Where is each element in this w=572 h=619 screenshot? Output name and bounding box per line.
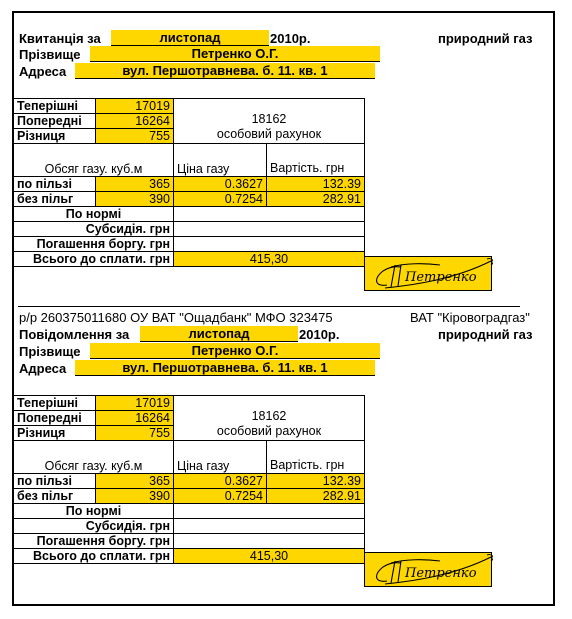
svg-text:Петренко: Петренко: [404, 566, 477, 581]
subsidy-label: Субсидія. грн: [14, 519, 174, 534]
section-divider: [18, 306, 520, 307]
account-label: особовий рахунок: [177, 424, 361, 439]
debt-label: Погашення боргу. грн: [14, 237, 174, 252]
company-name: ВАТ "Кіровоградгаз": [410, 310, 530, 325]
signature-box: Петренко: [364, 256, 492, 291]
table-row: без пільг 390 0.7254 282.91: [14, 192, 365, 207]
total-label: Всього до сплати. грн: [14, 549, 174, 564]
price-value: 0.7254: [174, 192, 267, 207]
signature-icon: Петренко: [365, 553, 493, 588]
volume-value[interactable]: 390: [96, 192, 174, 207]
table-row: без пільг 390 0.7254 282.91: [14, 489, 365, 504]
cost-value: 282.91: [267, 192, 365, 207]
table-row: Субсидія. грн: [14, 222, 365, 237]
address-field[interactable]: вул. Першотравнева. б. 11. кв. 1: [75, 63, 375, 79]
subsidy-value[interactable]: [174, 519, 365, 534]
price-value: 0.3627: [174, 177, 267, 192]
address-field[interactable]: вул. Першотравнева. б. 11. кв. 1: [75, 360, 375, 376]
table-row: Обсяг газу. куб.м Ціна газу Вартість. гр…: [14, 144, 365, 177]
table-row: Теперішні 17019 18162 особовий рахунок: [14, 99, 365, 114]
price-header: Ціна газу: [174, 144, 267, 177]
table-row: Субсидія. грн: [14, 519, 365, 534]
current-reading[interactable]: 17019: [96, 99, 174, 114]
row-label: по пільзі: [14, 474, 96, 489]
table-row: Обсяг газу. куб.м Ціна газу Вартість. гр…: [14, 441, 365, 474]
total-value: 415,30: [174, 252, 365, 267]
year-label: 2010р.: [270, 31, 310, 46]
address-label: Адреса: [19, 361, 66, 376]
norm-value[interactable]: [174, 207, 365, 222]
month-field[interactable]: листопад: [140, 326, 298, 342]
current-label: Теперішні: [14, 99, 96, 114]
debt-label: Погашення боргу. грн: [14, 534, 174, 549]
service-label: природний газ: [438, 327, 532, 342]
surname-field[interactable]: Петренко О.Г.: [90, 343, 380, 359]
account-label: особовий рахунок: [177, 127, 361, 142]
previous-label: Попередні: [14, 114, 96, 129]
debt-value[interactable]: [174, 534, 365, 549]
norm-value[interactable]: [174, 504, 365, 519]
volume-value[interactable]: 365: [96, 177, 174, 192]
subsidy-label: Субсидія. грн: [14, 222, 174, 237]
difference-value: 755: [96, 426, 174, 441]
table-row: по пільзі 365 0.3627 132.39: [14, 474, 365, 489]
difference-label: Різниця: [14, 129, 96, 144]
difference-value: 755: [96, 129, 174, 144]
difference-label: Різниця: [14, 426, 96, 441]
month-field[interactable]: листопад: [111, 30, 269, 46]
address-label: Адреса: [19, 64, 66, 79]
volume-header: Обсяг газу. куб.м: [14, 441, 174, 474]
row-label: без пільг: [14, 192, 96, 207]
total-label: Всього до сплати. грн: [14, 252, 174, 267]
current-label: Теперішні: [14, 396, 96, 411]
table-row: Всього до сплати. грн 415,30: [14, 549, 365, 564]
row-label: по пільзі: [14, 177, 96, 192]
year-label: 2010р.: [299, 327, 339, 342]
table-row: Теперішні 17019 18162 особовий рахунок: [14, 396, 365, 411]
account-cell: 18162 особовий рахунок: [174, 99, 365, 144]
notice-title: Повідомлення за: [19, 327, 129, 342]
table-row: По нормі: [14, 207, 365, 222]
price-header: Ціна газу: [174, 441, 267, 474]
svg-text:Петренко: Петренко: [404, 270, 477, 285]
signature-box: Петренко: [364, 552, 492, 587]
service-label: природний газ: [438, 31, 532, 46]
previous-reading[interactable]: 16264: [96, 114, 174, 129]
cost-header: Вартість. грн: [267, 441, 365, 474]
previous-label: Попередні: [14, 411, 96, 426]
subsidy-value[interactable]: [174, 222, 365, 237]
surname-label: Прізвище: [19, 344, 81, 359]
billing-table: Теперішні 17019 18162 особовий рахунок П…: [13, 395, 365, 564]
volume-value[interactable]: 365: [96, 474, 174, 489]
signature-icon: Петренко: [365, 257, 493, 292]
table-row: Всього до сплати. грн 415,30: [14, 252, 365, 267]
price-value: 0.3627: [174, 474, 267, 489]
table-row: По нормі: [14, 504, 365, 519]
account-cell: 18162 особовий рахунок: [174, 396, 365, 441]
volume-header: Обсяг газу. куб.м: [14, 144, 174, 177]
cost-value: 282.91: [267, 489, 365, 504]
price-value: 0.7254: [174, 489, 267, 504]
norm-label: По нормі: [14, 207, 174, 222]
current-reading[interactable]: 17019: [96, 396, 174, 411]
cost-value: 132.39: [267, 177, 365, 192]
debt-value[interactable]: [174, 237, 365, 252]
account-number: 18162: [177, 409, 361, 424]
table-row: Погашення боргу. грн: [14, 534, 365, 549]
billing-table: Теперішні 17019 18162 особовий рахунок П…: [13, 98, 365, 267]
receipt-title: Квитанція за: [19, 31, 101, 46]
surname-label: Прізвище: [19, 47, 81, 62]
cost-header: Вартість. грн: [267, 144, 365, 177]
total-value: 415,30: [174, 549, 365, 564]
row-label: без пільг: [14, 489, 96, 504]
table-row: по пільзі 365 0.3627 132.39: [14, 177, 365, 192]
table-row: Погашення боргу. грн: [14, 237, 365, 252]
bank-details: р/р 260375011680 ОУ ВАТ "Ощадбанк" МФО 3…: [19, 310, 333, 325]
account-number: 18162: [177, 112, 361, 127]
cost-value: 132.39: [267, 474, 365, 489]
surname-field[interactable]: Петренко О.Г.: [90, 46, 380, 62]
previous-reading[interactable]: 16264: [96, 411, 174, 426]
norm-label: По нормі: [14, 504, 174, 519]
volume-value[interactable]: 390: [96, 489, 174, 504]
